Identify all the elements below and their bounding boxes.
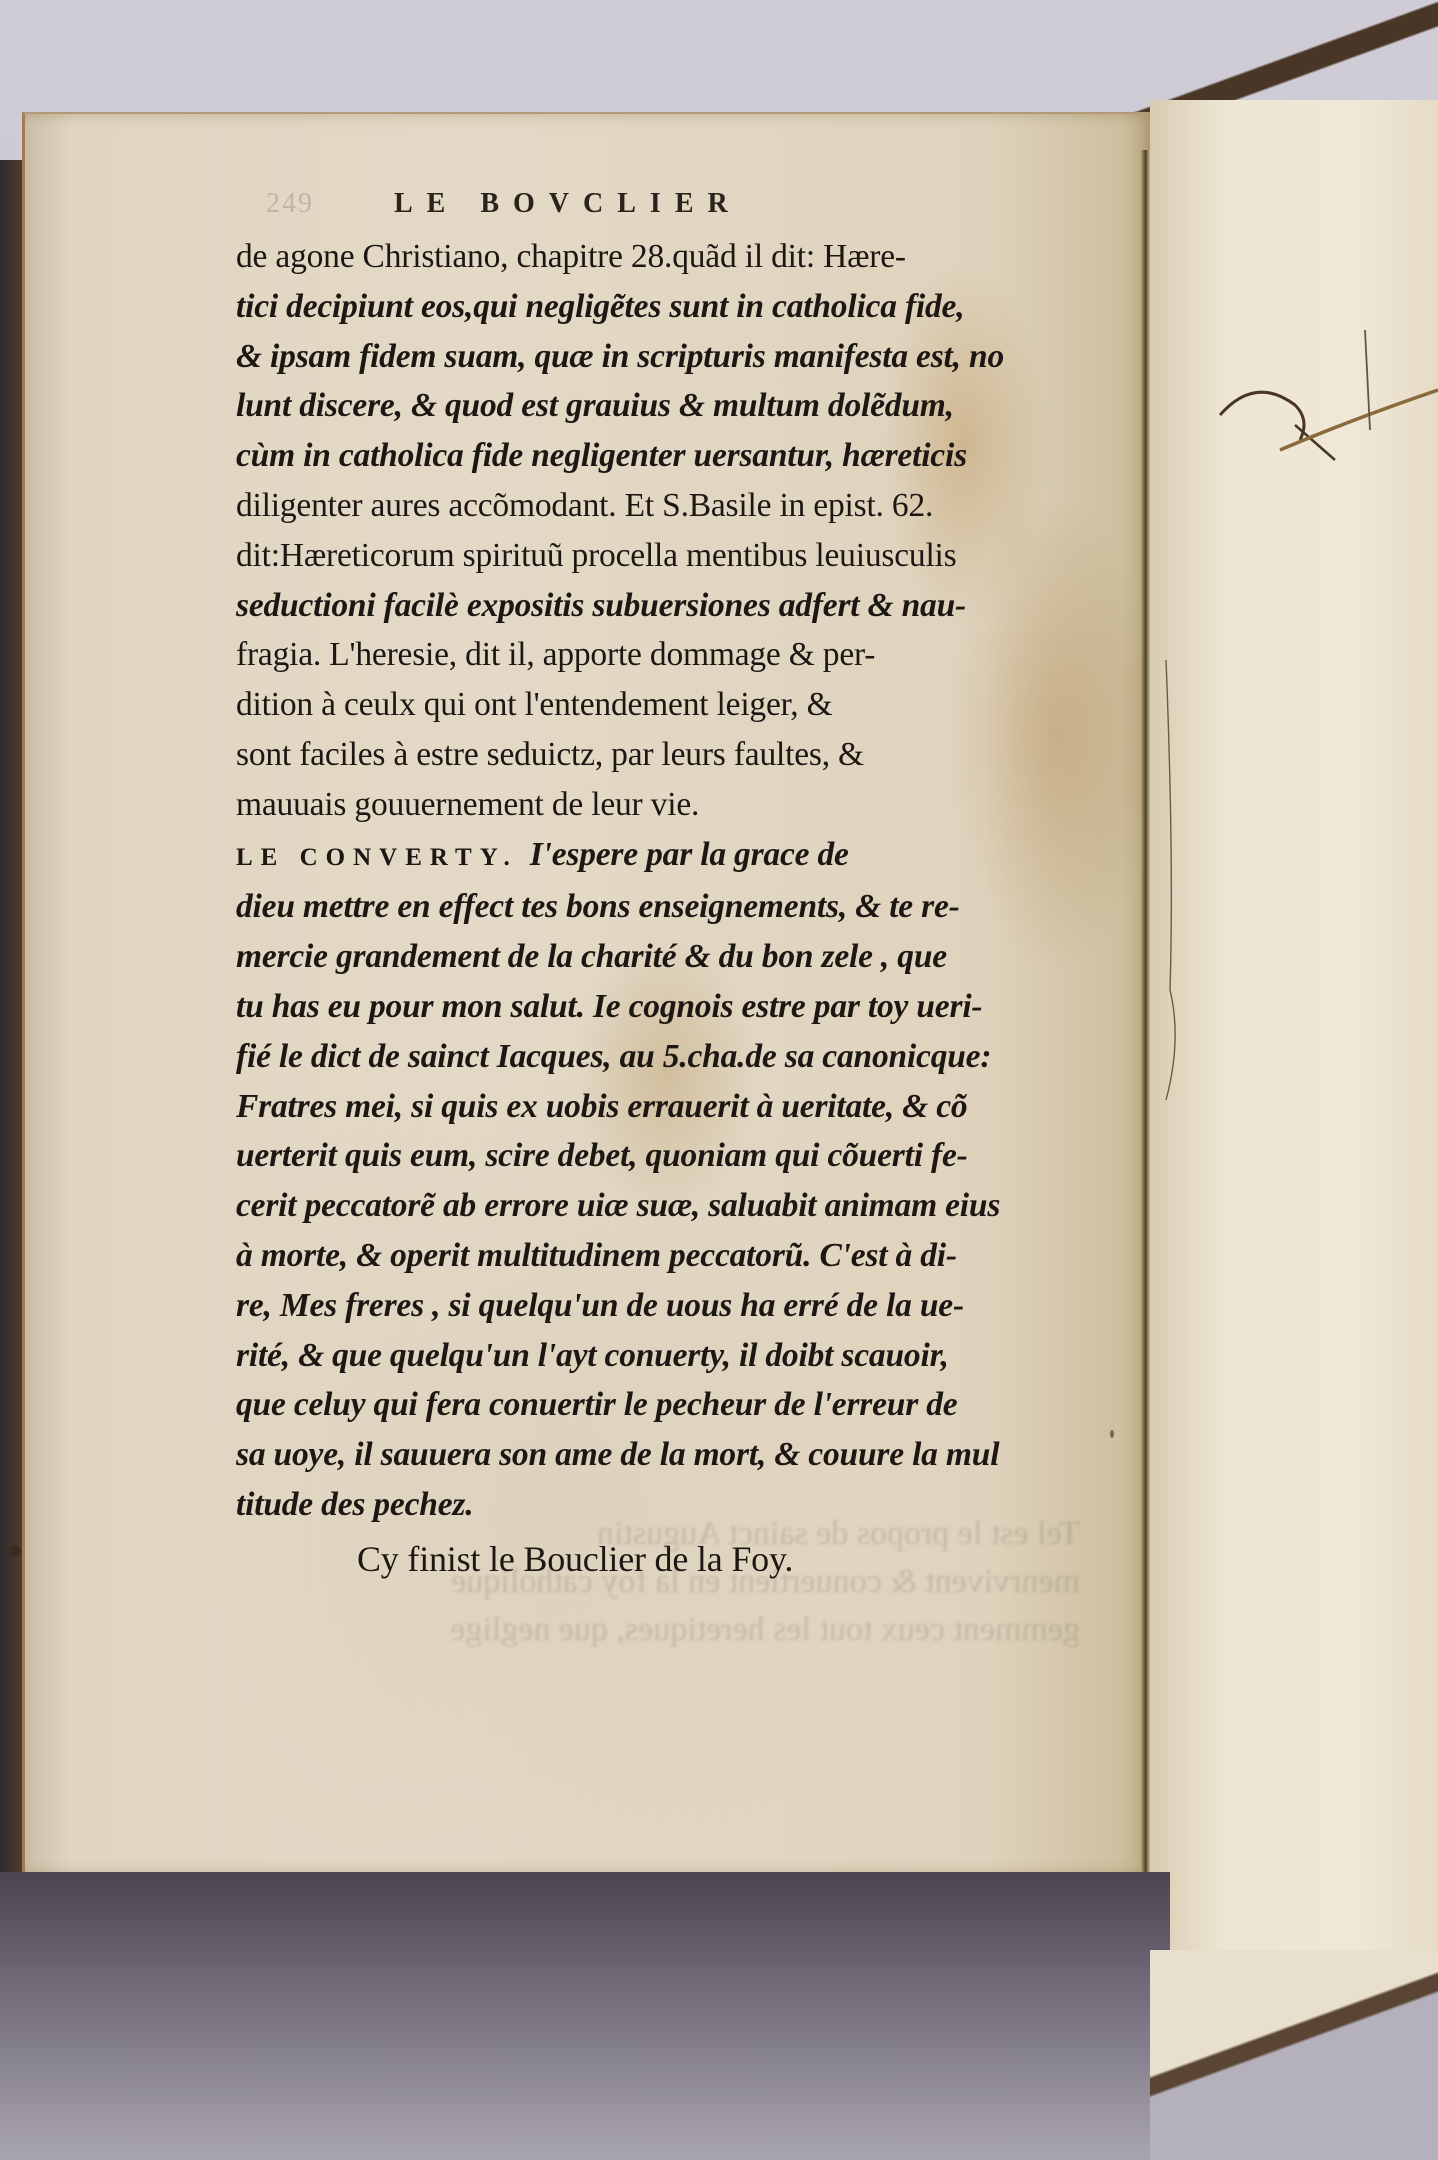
text-line: tu has eu pour mon salut. Ie cognois est… xyxy=(236,982,1056,1032)
book-gutter xyxy=(1140,150,1150,1920)
running-head: 249 LE BOVCLIER xyxy=(236,188,1056,232)
speaker-text: I'espere par la grace de xyxy=(530,836,849,873)
text-line: dition à ceulx qui ont l'entendement lei… xyxy=(236,680,1056,730)
text-line: lunt discere, & quod est grauius & multu… xyxy=(236,381,1056,431)
text-line: sa uoye, il sauuera son ame de la mort, … xyxy=(236,1430,1056,1480)
page-number: 249 xyxy=(266,188,314,220)
text-line: mauuais gouuernement de leur vie. xyxy=(236,780,1056,830)
text-line: de agone Christiano, chapitre 28.quãd il… xyxy=(236,232,1056,282)
book-cover-bottom-edge xyxy=(1150,1950,1438,2160)
text-block: 249 LE BOVCLIER de agone Christiano, cha… xyxy=(236,188,1056,1530)
text-line: sont faciles à estre seduictz, par leurs… xyxy=(236,730,1056,780)
running-head-title: LE BOVCLIER xyxy=(394,188,742,220)
speaker-label: LE CONVERTY. xyxy=(236,844,518,871)
ink-spot-icon xyxy=(9,1545,21,1557)
text-line: cerit peccatorẽ ab errore uiæ suæ, salua… xyxy=(236,1181,1056,1231)
text-line: rité, & que quelqu'un l'ayt conuerty, il… xyxy=(236,1331,1056,1381)
text-line: titude des pechez. xyxy=(236,1480,1056,1530)
handwritten-ink-mark-icon xyxy=(1200,300,1438,500)
show-through-text: Tel est le propos de sainct Augustin men… xyxy=(300,1510,1080,1654)
text-line: que celuy qui fera conuertir le pecheur … xyxy=(236,1380,1056,1430)
text-line: diligenter aures accõmodant. Et S.Basile… xyxy=(236,481,1056,531)
explicit-colophon: Cy finist le Bouclier de la Foy. xyxy=(357,1538,793,1580)
text-line: mercie grandement de la charité & du bon… xyxy=(236,932,1056,982)
book-bottom-shadow xyxy=(0,1872,1170,2160)
text-line: à morte, & operit multitudinem peccatorũ… xyxy=(236,1231,1056,1281)
text-line: dit:Hæreticorum spirituũ procella mentib… xyxy=(236,531,1056,581)
speaker-line: LE CONVERTY.I'espere par la grace de xyxy=(236,830,1056,883)
ink-spot-icon xyxy=(1110,1430,1114,1438)
text-line: Fratres mei, si quis ex uobis errauerit … xyxy=(236,1082,1056,1132)
text-line: re, Mes freres , si quelqu'un de uous ha… xyxy=(236,1281,1056,1331)
text-line: fragia. L'heresie, dit il, apporte domma… xyxy=(236,630,1056,680)
text-line: dieu mettre en effect tes bons enseignem… xyxy=(236,882,1056,932)
text-line: tici decipiunt eos,qui negligẽtes sunt i… xyxy=(236,282,1056,332)
page-crease-line-icon xyxy=(1160,660,1190,1180)
text-line: & ipsam fidem suam, quæ in scripturis ma… xyxy=(236,332,1056,382)
text-line: uerterit quis eum, scire debet, quoniam … xyxy=(236,1131,1056,1181)
text-line: cùm in catholica fide negligenter uersan… xyxy=(236,431,1056,481)
text-line: seductioni facilè expositis subuersiones… xyxy=(236,581,1056,631)
text-line: fié le dict de sainct Iacques, au 5.cha.… xyxy=(236,1032,1056,1082)
